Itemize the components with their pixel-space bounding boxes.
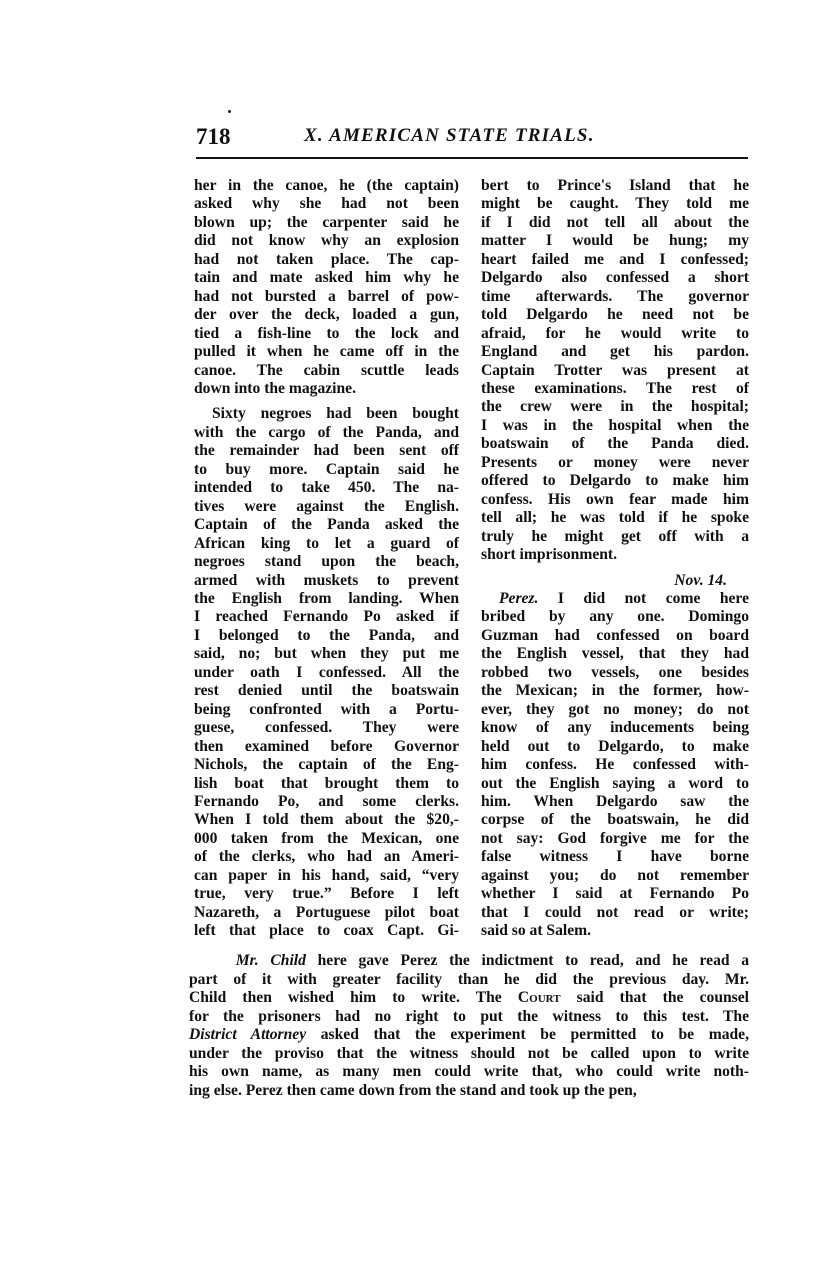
bottom-line-7: his own name, as many men could write th… [189, 1063, 749, 1082]
text-line: tives were against the English. [194, 498, 459, 516]
text-line: pulled it when he came off in the [194, 343, 459, 361]
text-line: told Delgardo he need not be [481, 306, 749, 324]
text-line: these examinations. The rest of [481, 380, 749, 398]
text-line: heart failed me and I confessed; [481, 251, 749, 269]
text-line: can paper in his hand, said, “very [194, 867, 459, 885]
text-line: truly he might get off with a [481, 528, 749, 546]
bottom-line-4: for the prisoners had no right to put th… [189, 1008, 749, 1027]
text-line: whether I said at Fernando Po [481, 885, 749, 903]
text-line: blown up; the carpenter said he [194, 214, 459, 232]
text-line: him. When Delgardo saw the [481, 793, 749, 811]
text-line: tell all; he was told if he spoke [481, 509, 749, 527]
text-line: with the cargo of the Panda, and [194, 424, 459, 442]
text-line: not say: God forgive me for the [481, 830, 749, 848]
right-column: bert to Prince's Island that hemight be … [481, 177, 749, 941]
text-line: bribed by any one. Domingo [481, 608, 749, 626]
text-line: offered to Delgardo to make him [481, 472, 749, 490]
text-line: bert to Prince's Island that he [481, 177, 749, 195]
text-line: asked why she had not been [194, 195, 459, 213]
text-line: tain and mate asked him why he [194, 269, 459, 287]
text-line: negroes stand upon the beach, [194, 553, 459, 571]
text-line: lish boat that brought them to [194, 775, 459, 793]
text-line: said, no; but when they put me [194, 645, 459, 663]
text-line: England and get his pardon. [481, 343, 749, 361]
text-line: might be caught. They told me [481, 195, 749, 213]
text-line: Fernando Po, and some clerks. [194, 793, 459, 811]
text-line: true, very true.” Before I left [194, 885, 459, 903]
text-line: that I could not read or write; [481, 904, 749, 922]
page-header: 718 X. AMERICAN STATE TRIALS. [196, 124, 748, 154]
right-paragraph-1: bert to Prince's Island that hemight be … [481, 177, 749, 565]
text-line: boatswain of the Panda died. [481, 435, 749, 453]
left-paragraph-1: her in the canoe, he (the captain)asked … [194, 177, 459, 398]
text-line: Captain of the Panda asked the [194, 516, 459, 534]
bottom-line-3: Child then wished him to write. The Cour… [189, 989, 749, 1008]
text-line: short imprisonment. [481, 546, 749, 564]
text-line: held out to Delgardo, to make [481, 738, 749, 756]
text-line: Captain Trotter was present at [481, 362, 749, 380]
text-line: corpse of the boatswain, he did [481, 811, 749, 829]
text-line: if I did not tell all about the [481, 214, 749, 232]
text-line: out the English saying a word to [481, 775, 749, 793]
text-line: then examined before Governor [194, 738, 459, 756]
text-line: left that place to coax Capt. Gi- [194, 922, 459, 940]
stray-mark [228, 110, 231, 113]
text-line: Perez. I did not come here [481, 590, 749, 608]
text-line: time afterwards. The governor [481, 288, 749, 306]
text-line: had not taken place. The cap- [194, 251, 459, 269]
text-line: guese, confessed. They were [194, 719, 459, 737]
text-line: African king to let a guard of [194, 535, 459, 553]
text-line: the crew were in the hospital; [481, 398, 749, 416]
bottom-line-1: Mr. Child here gave Perez the indictment… [189, 952, 749, 971]
text-line: Sixty negroes had been bought [194, 405, 459, 423]
bottom-line-2: part of it with greater facility than he… [189, 971, 749, 990]
right-paragraph-2: Perez. I did not come herebribed by any … [481, 590, 749, 941]
bottom-line-5: District Attorney asked that the experim… [189, 1026, 749, 1045]
text-line: Nazareth, a Portuguese pilot boat [194, 904, 459, 922]
text-line: down into the magazine. [194, 380, 459, 398]
text-line: the English vessel, that they had [481, 645, 749, 663]
text-line: the Mexican; in the former, how- [481, 682, 749, 700]
header-rule [196, 157, 748, 159]
bottom-line-6: under the proviso that the witness shoul… [189, 1045, 749, 1064]
text-line: Delgardo also confessed a short [481, 269, 749, 287]
text-line: Guzman had confessed on board [481, 627, 749, 645]
text-line: matter I would be hung; my [481, 232, 749, 250]
text-line: tied a fish-line to the lock and [194, 325, 459, 343]
text-line: afraid, for he would write to [481, 325, 749, 343]
district-attorney: District Attorney [189, 1026, 306, 1043]
speaker-name: Mr. Child [236, 952, 306, 969]
text-line: I was in the hospital when the [481, 417, 749, 435]
text-line: to buy more. Captain said he [194, 461, 459, 479]
date-heading: Nov. 14. [481, 572, 749, 590]
text-line: against you; do not remember [481, 867, 749, 885]
running-title: X. AMERICAN STATE TRIALS. [304, 125, 595, 147]
left-paragraph-2: Sixty negroes had been boughtwith the ca… [194, 405, 459, 940]
text-line: canoe. The cabin scuttle leads [194, 362, 459, 380]
text-line: did not know why an explosion [194, 232, 459, 250]
text-line: being confronted with a Portu- [194, 701, 459, 719]
text-line: I reached Fernando Po asked if [194, 608, 459, 626]
speaker-name: Perez. [499, 590, 538, 607]
text-line: armed with muskets to prevent [194, 572, 459, 590]
text-line: der over the deck, loaded a gun, [194, 306, 459, 324]
text-line: intended to take 450. The na- [194, 479, 459, 497]
text-line: When I told them about the $20,- [194, 811, 459, 829]
text-line: him confess. He confessed with- [481, 756, 749, 774]
text-line: 000 taken from the Mexican, one [194, 830, 459, 848]
text-line: Nichols, the captain of the Eng- [194, 756, 459, 774]
text-line: of the clerks, who had an Ameri- [194, 848, 459, 866]
text-line: false witness I have borne [481, 848, 749, 866]
text-line: Presents or money were never [481, 454, 749, 472]
text-line: ever, they got no money; do not [481, 701, 749, 719]
text-line: rest denied until the boatswain [194, 682, 459, 700]
court-smallcaps: Court [518, 989, 561, 1006]
bottom-line-8: ing else. Perez then came down from the … [189, 1082, 749, 1101]
page-number: 718 [196, 124, 231, 150]
left-column: her in the canoe, he (the captain)asked … [194, 177, 459, 941]
text-line: confess. His own fear made him [481, 491, 749, 509]
text-line: the English from landing. When [194, 590, 459, 608]
text-line: said so at Salem. [481, 922, 749, 940]
text-line: I belonged to the Panda, and [194, 627, 459, 645]
bottom-paragraph: Mr. Child here gave Perez the indictment… [189, 952, 749, 1100]
text-line: the remainder had been sent off [194, 442, 459, 460]
text-line: know of any inducements being [481, 719, 749, 737]
text-line: her in the canoe, he (the captain) [194, 177, 459, 195]
text-line: had not bursted a barrel of pow- [194, 288, 459, 306]
text-line: under oath I confessed. All the [194, 664, 459, 682]
text-line: robbed two vessels, one besides [481, 664, 749, 682]
